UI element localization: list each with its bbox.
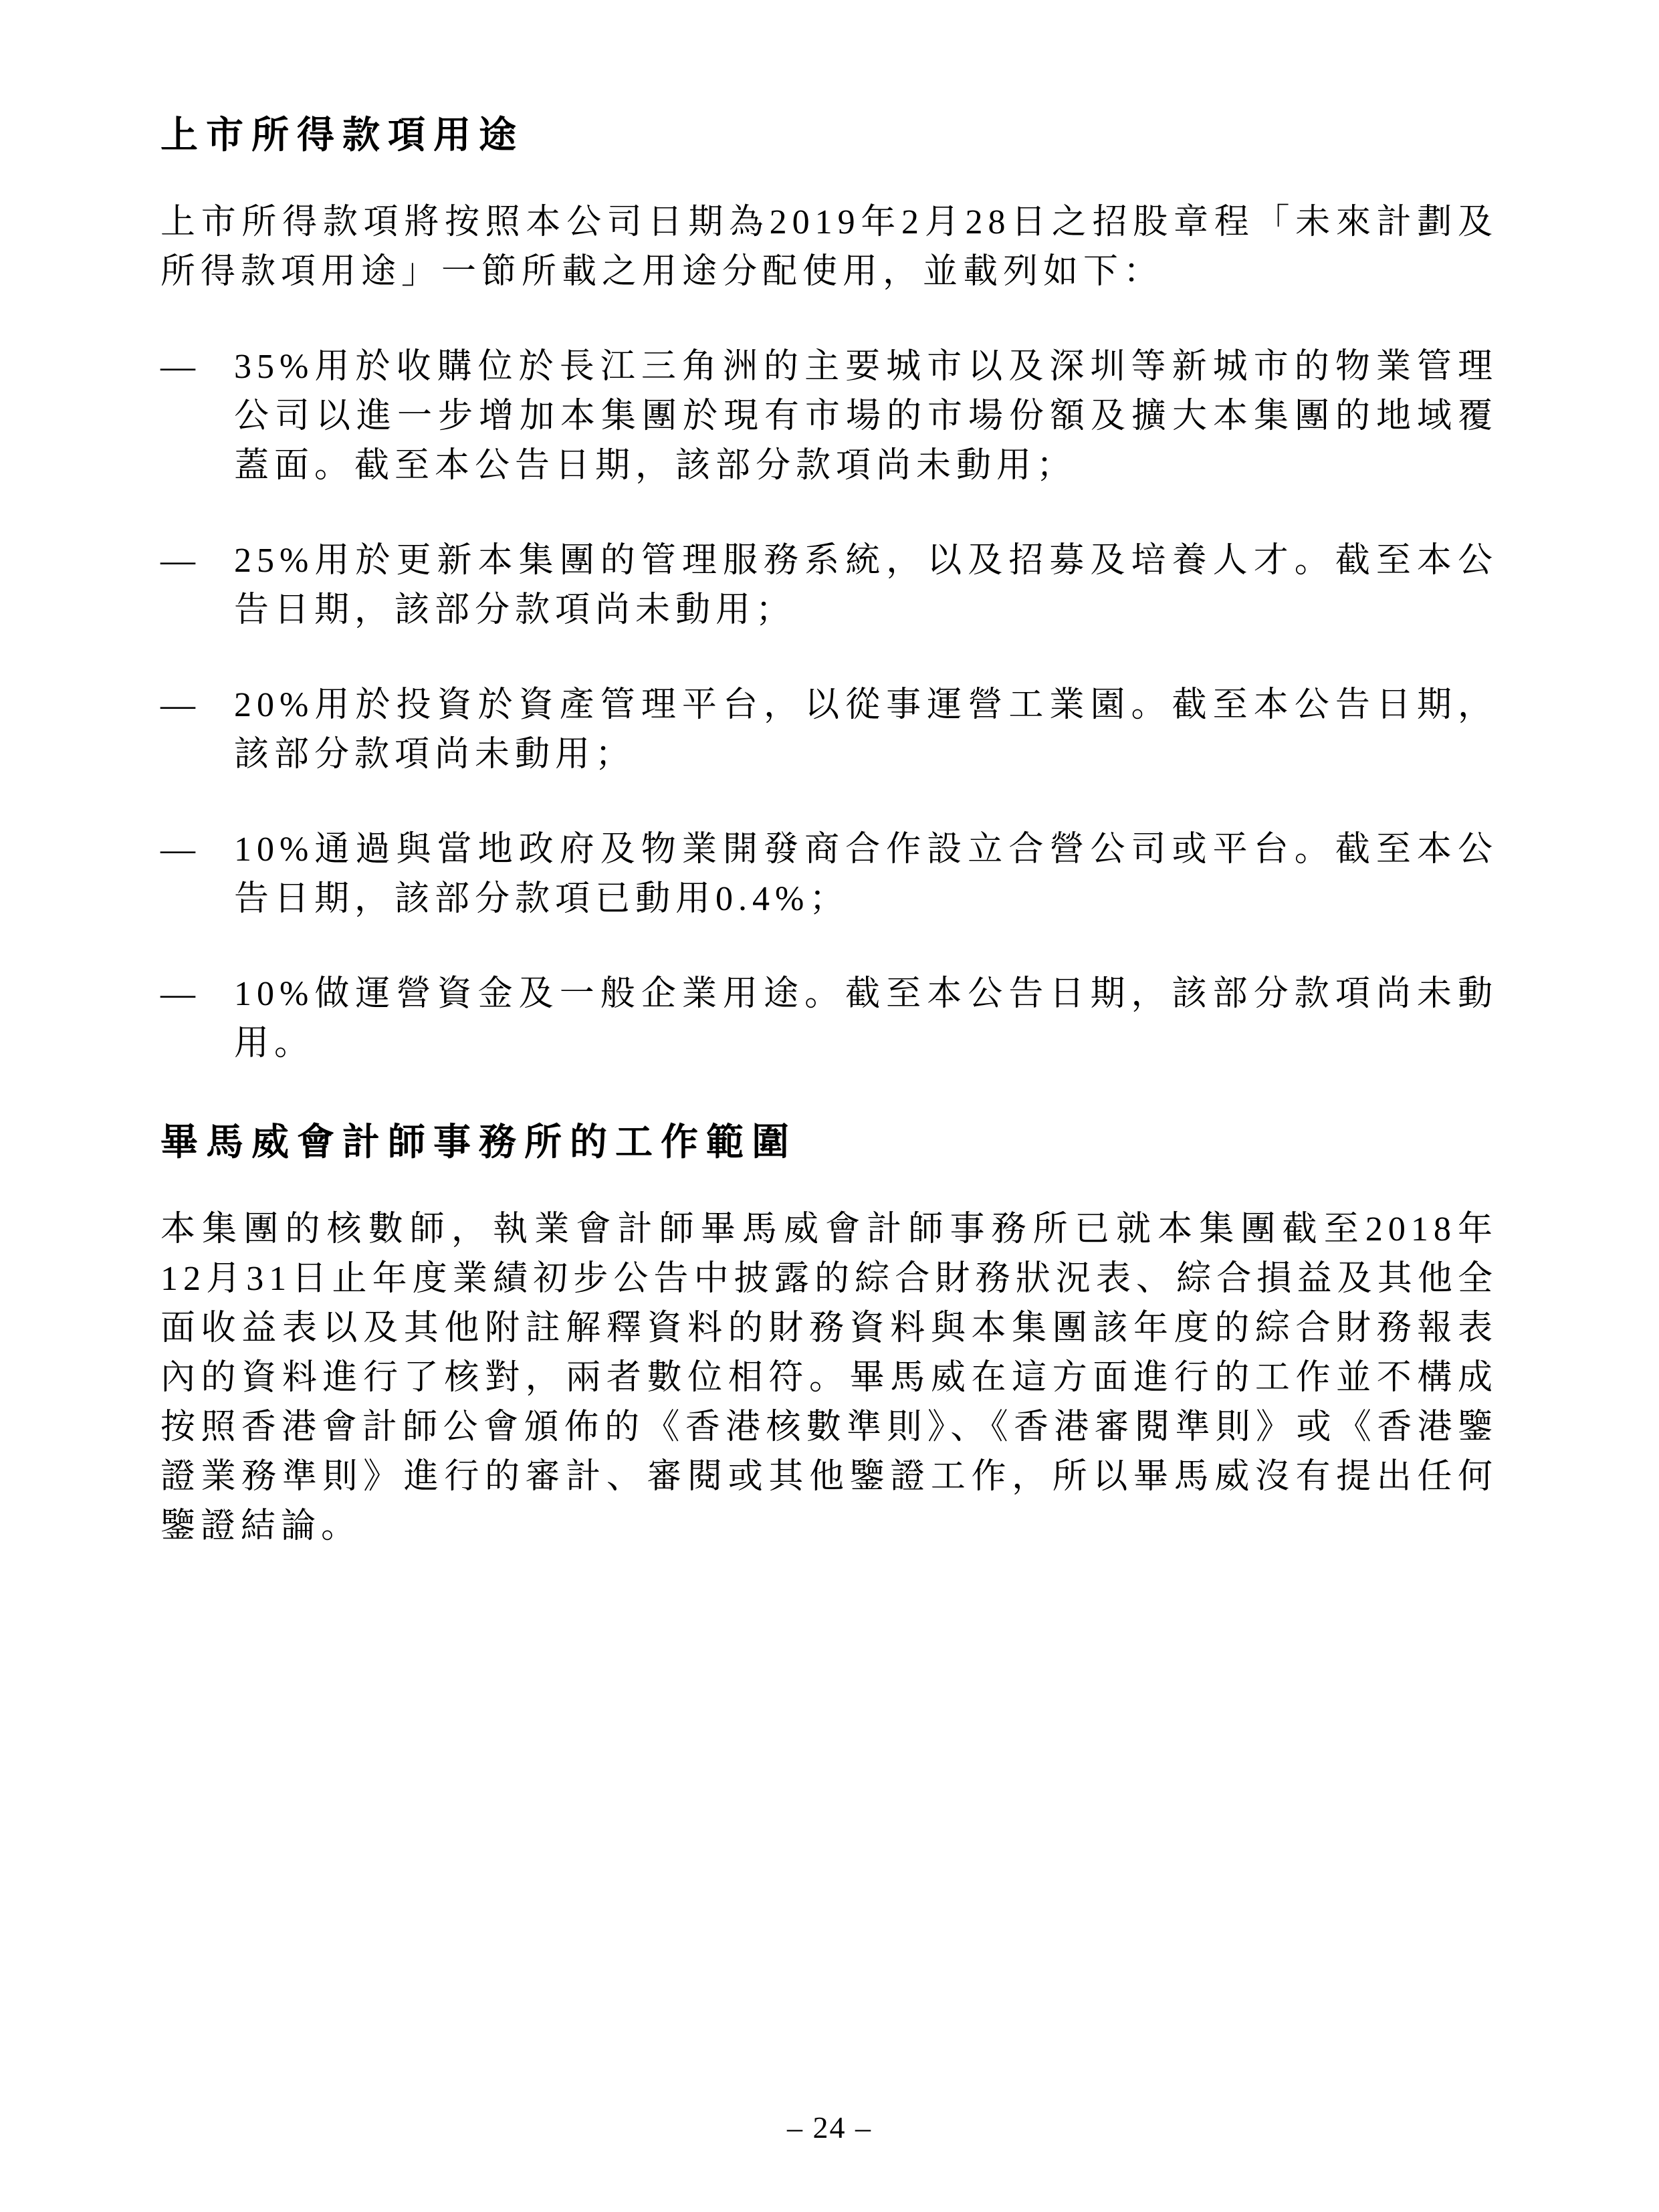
page-number: – 24 –: [0, 2110, 1659, 2145]
bullet-item-25-percent: — 25%用於更新本集團的管理服務系統，以及招募及培養人才。截至本公告日期，該部…: [160, 536, 1498, 635]
bullet-text: 10%做運營資金及一般企業用途。截至本公告日期，該部分款項尚未動用。: [234, 970, 1498, 1069]
dash-bullet-icon: —: [160, 970, 234, 1019]
dash-bullet-icon: —: [160, 681, 234, 730]
section-kpmg-scope-of-work: 畢馬威會計師事務所的工作範圍 本集團的核數師，執業會計師畢馬威會計師事務所已就本…: [160, 1121, 1498, 1551]
bullet-text: 35%用於收購位於長江三角洲的主要城市以及深圳等新城市的物業管理公司以進一步增加…: [234, 342, 1498, 491]
bullet-item-10-percent-jv: — 10%通過與當地政府及物業開發商合作設立合營公司或平台。截至本公告日期，該部…: [160, 825, 1498, 924]
kpmg-scope-paragraph: 本集團的核數師，執業會計師畢馬威會計師事務所已就本集團截至2018年12月31日…: [160, 1205, 1498, 1551]
dash-bullet-icon: —: [160, 342, 234, 392]
bullet-item-10-percent-working-capital: — 10%做運營資金及一般企業用途。截至本公告日期，該部分款項尚未動用。: [160, 970, 1498, 1069]
bullet-item-35-percent: — 35%用於收購位於長江三角洲的主要城市以及深圳等新城市的物業管理公司以進一步…: [160, 342, 1498, 491]
kpmg-scope-heading: 畢馬威會計師事務所的工作範圍: [160, 1121, 1498, 1164]
section-use-of-proceeds: 上市所得款項用途 上市所得款項將按照本公司日期為2019年2月28日之招股章程「…: [160, 114, 1498, 1069]
page-content: 上市所得款項用途 上市所得款項將按照本公司日期為2019年2月28日之招股章程「…: [160, 114, 1498, 1551]
dash-bullet-icon: —: [160, 825, 234, 875]
bullet-text: 10%通過與當地政府及物業開發商合作設立合營公司或平台。截至本公告日期，該部分款…: [234, 825, 1498, 924]
bullet-text: 20%用於投資於資產管理平台，以從事運營工業園。截至本公告日期，該部分款項尚未動…: [234, 681, 1498, 780]
use-of-proceeds-intro-paragraph: 上市所得款項將按照本公司日期為2019年2月28日之招股章程「未來計劃及所得款項…: [160, 198, 1498, 297]
bullet-text: 25%用於更新本集團的管理服務系統，以及招募及培養人才。截至本公告日期，該部分款…: [234, 536, 1498, 635]
document-page: 上市所得款項用途 上市所得款項將按照本公司日期為2019年2月28日之招股章程「…: [0, 0, 1659, 2212]
use-of-proceeds-bullet-list: — 35%用於收購位於長江三角洲的主要城市以及深圳等新城市的物業管理公司以進一步…: [160, 342, 1498, 1069]
bullet-item-20-percent: — 20%用於投資於資產管理平台，以從事運營工業園。截至本公告日期，該部分款項尚…: [160, 681, 1498, 780]
dash-bullet-icon: —: [160, 536, 234, 586]
use-of-proceeds-heading: 上市所得款項用途: [160, 114, 1498, 156]
